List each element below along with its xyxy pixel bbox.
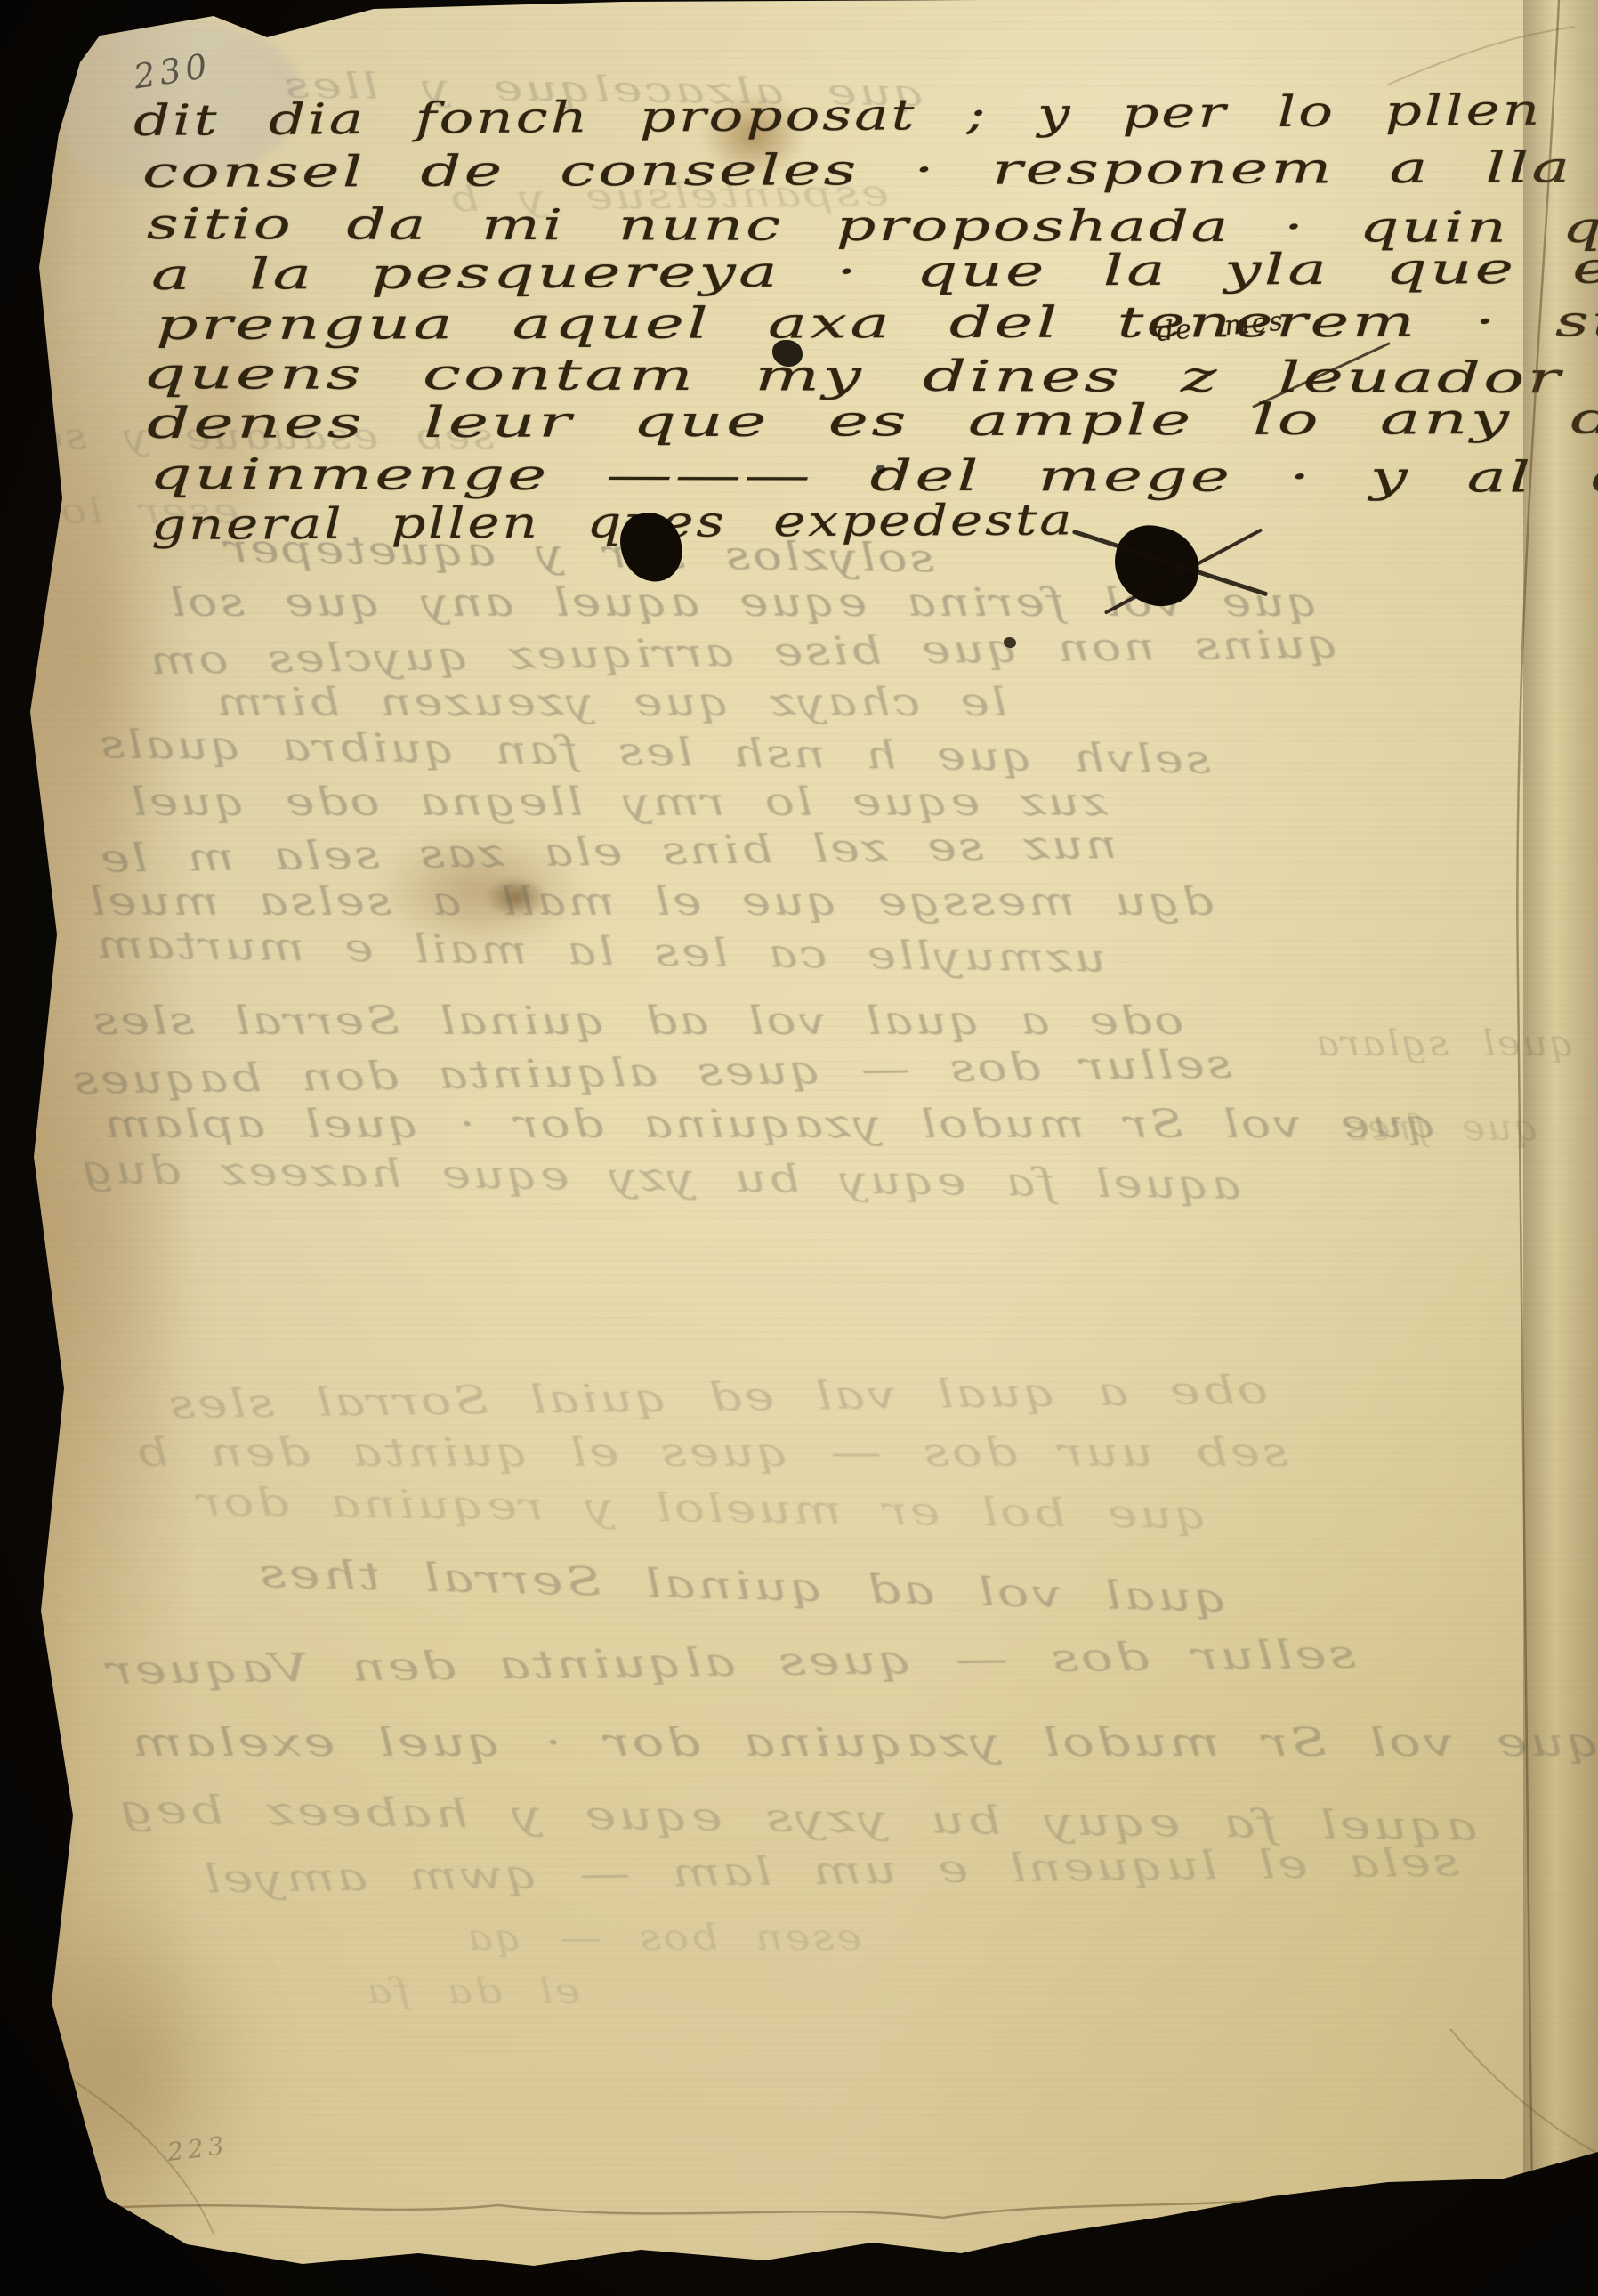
manuscript-page: que alzacelque y lles espantelsue y b se… [0,0,1598,2296]
manuscript-photo: que alzacelque y lles espantelsue y b se… [0,0,1598,2296]
crease-bottom-right [1450,2029,1598,2154]
crease-top-right [1388,27,1575,85]
fold-crease-bottom [89,2191,1352,2218]
crease-lines [0,0,1598,2296]
fold-crease-right [1517,0,1559,2198]
crease-bottom-left [62,2074,214,2234]
